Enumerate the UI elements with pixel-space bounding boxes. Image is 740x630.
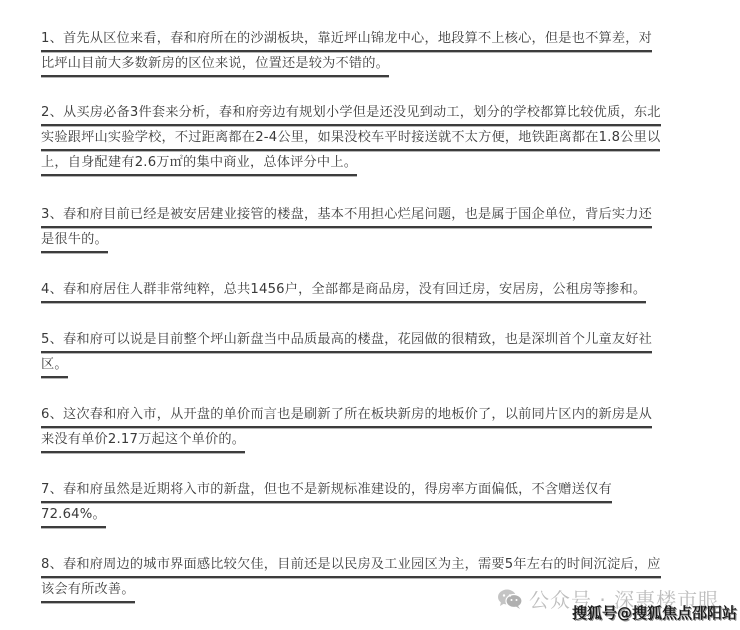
wechat-icon (497, 588, 523, 610)
paragraph-line: 3、春和府目前已经是被安居建业接管的楼盘，基本不用担心烂尾问题，也是属于国企单位… (41, 204, 652, 228)
paragraph-line: 6、这次春和府入市，从开盘的单价而言也是刷新了所在板块新房的地板价了，以前同片区… (41, 404, 652, 428)
paragraph-line: 8、春和府周边的城市界面感比较欠佳，目前还是以民房及工业园区为主，需要5年左右的… (41, 554, 661, 578)
paragraph-line: 比坪山目前大多数新房的区位来说，位置还是较为不错的。 (41, 53, 389, 77)
paragraph-line: 2、从买房必备3件套来分析，春和府旁边有规划小学但是还没见到动工，划分的学校都算… (41, 102, 661, 126)
paragraph-3: 3、春和府目前已经是被安居建业接管的楼盘，基本不用担心烂尾问题，也是属于国企单位… (41, 204, 701, 254)
watermark: 公众号 · 深惠楼市眼 搜狐号@搜狐焦点邵阳站 (497, 584, 737, 624)
paragraph-line: 1、首先从区位来看，春和府所在的沙湖板块，靠近坪山锦龙中心，地段算不上核心，但是… (41, 28, 652, 52)
paragraph-line: 4、春和府居住人群非常纯粹，总共1456户，全部都是商品房，没有回迁房，安居房，… (41, 279, 646, 303)
paragraph-line: 区。 (41, 354, 68, 378)
paragraph-line: 72.64%。 (41, 504, 106, 528)
paragraph-line: 上，自身配建有2.6万㎡的集中商业，总体评分中上。 (41, 152, 357, 176)
paragraph-6: 6、这次春和府入市，从开盘的单价而言也是刷新了所在板块新房的地板价了，以前同片区… (41, 404, 701, 454)
paragraph-line: 实验跟坪山实验学校，不过距离都在2-4公里，如果没校车平时接送就不太方便，地铁距… (41, 127, 660, 151)
paragraph-1: 1、首先从区位来看，春和府所在的沙湖板块，靠近坪山锦龙中心，地段算不上核心，但是… (41, 28, 701, 78)
paragraph-7: 7、春和府虽然是近期将入市的新盘，但也不是新规标准建设的，得房率方面偏低，不含赠… (41, 479, 701, 529)
paragraph-4: 4、春和府居住人群非常纯粹，总共1456户，全部都是商品房，没有回迁房，安居房，… (41, 279, 701, 304)
paragraph-line: 是很牛的。 (41, 229, 108, 253)
source-watermark: 搜狐号@搜狐焦点邵阳站 (572, 602, 737, 623)
paragraph-line: 5、春和府可以说是目前整个坪山新盘当中品质最高的楼盘，花园做的很精致，也是深圳首… (41, 329, 652, 353)
paragraph-line: 来没有单价2.17万起这个单价的。 (41, 429, 245, 453)
paragraph-line: 7、春和府虽然是近期将入市的新盘，但也不是新规标准建设的，得房率方面偏低，不含赠… (41, 479, 612, 503)
paragraph-2: 2、从买房必备3件套来分析，春和府旁边有规划小学但是还没见到动工，划分的学校都算… (41, 102, 701, 177)
paragraph-line: 该会有所改善。 (41, 579, 135, 603)
paragraph-5: 5、春和府可以说是目前整个坪山新盘当中品质最高的楼盘，花园做的很精致，也是深圳首… (41, 329, 701, 379)
